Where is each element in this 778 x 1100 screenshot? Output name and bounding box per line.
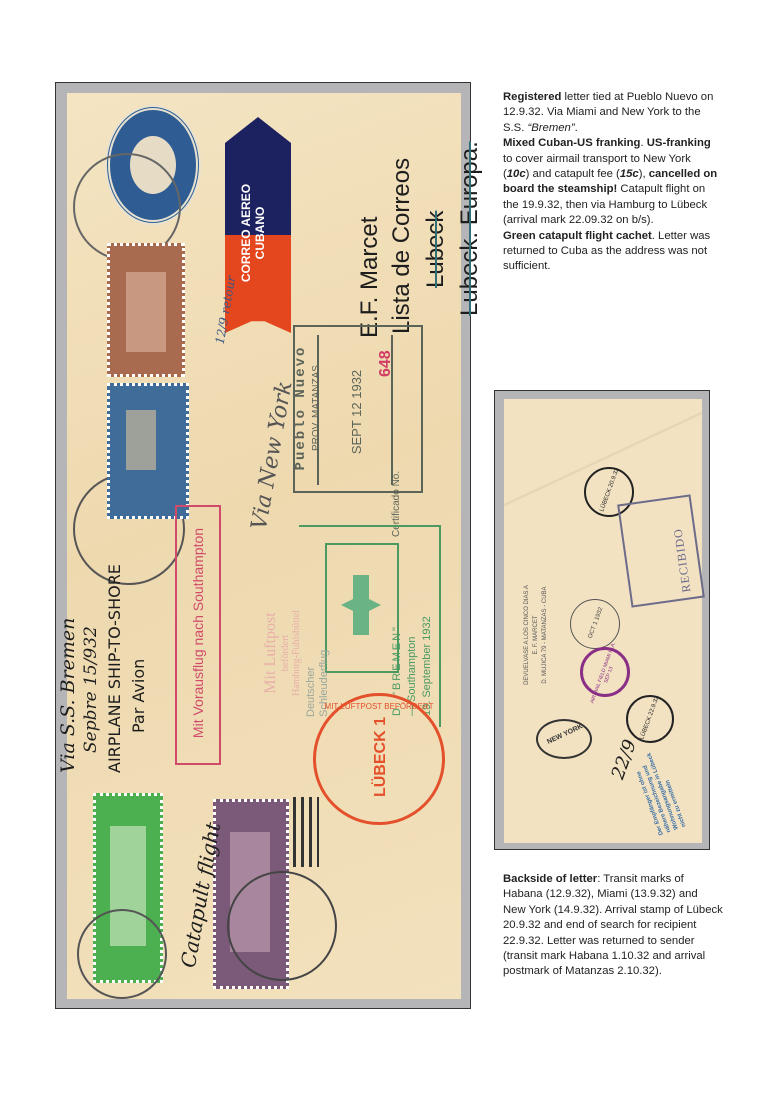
front-cover-frame: CORREO AEREO CUBANO E.F. Marcet Lista de… (55, 82, 471, 1009)
faded-line2: befördert (280, 578, 291, 728)
faded-line1: Mit Luftpost (262, 578, 280, 728)
desc-backside-text: : Transit marks of Habana (12.9.32), Mia… (503, 873, 723, 977)
address-line4: Lubeck. Europa. (456, 141, 484, 316)
miami-cancel: AIR MAIL FIELD MIAMI FLA. SEP 13 (580, 647, 630, 697)
ss-bremen-cancel-2 (77, 909, 167, 999)
miami-text: AIR MAIL FIELD MIAMI FLA. SEP 13 (588, 639, 623, 709)
registration-box: Pueblo Nuevo PROV. MATANZAS SEPT 12 1932… (293, 325, 423, 493)
desc-backside-label: Backside of letter (503, 873, 597, 885)
desc-p2-after: ), (639, 168, 649, 180)
luebeck-red-cancel: LÜBECK 1 MIT LUFTPOST BEFÖRDERT (313, 693, 445, 825)
german-note: Der Empfänger ist ohne nähere Bezeichnun… (621, 716, 706, 836)
sender-line3: D. MUJICA 79 - MATANZAS - CUBA (541, 560, 550, 710)
ss-bremen-cancel (227, 871, 337, 981)
address-block: E.F. Marcet Lista de Correos Lubeck Lube… (356, 88, 506, 348)
southampton-label: Mit Vorausflug nach Southampton (175, 505, 221, 765)
desc-mixed: Mixed Cuban-US franking (503, 137, 640, 149)
desc-p2-mid: ) and catapult fee ( (526, 168, 620, 180)
reg-cert-label: Certificado No. (391, 357, 402, 537)
recibido-box: RECIBIDO (617, 494, 705, 607)
reg-date: SEPT 12 1932 (349, 297, 364, 527)
via-bremen: Via S.S. Bremen (57, 618, 79, 773)
ship-to-shore: Airplane Ship-to-Shore (105, 564, 124, 773)
par-avion: Par Avion (129, 659, 148, 733)
address-line2: Lista de Correos (388, 158, 416, 334)
airplane-icon (341, 575, 381, 635)
green-line2: Schleuderflug (318, 607, 331, 717)
back-cover-frame: LÜBECK 20.9.32 RECIBIDO DEVUELVASE A LOS… (494, 390, 710, 850)
reg-town: Pueblo Nuevo (293, 293, 309, 523)
desc-green-cachet: Green catapult flight cachet (503, 230, 652, 242)
desc-p1-end: . (575, 122, 578, 134)
sender-line1: DEVUELVASE A LOS CINCO DIAS A (523, 560, 532, 710)
back-cover-envelope: LÜBECK 20.9.32 RECIBIDO DEVUELVASE A LOS… (504, 399, 702, 843)
air-label-line1: CORREO AEREO (239, 145, 253, 321)
green-route: — Southampton (405, 556, 420, 716)
sender-block: DEVUELVASE A LOS CINCO DIAS A E. F. MARC… (523, 560, 563, 710)
sender-line2: E. F. MARCET (532, 560, 541, 710)
newyork-cancel: NEW YORK (536, 719, 592, 759)
description-bottom: Backside of letter: Transit marks of Hab… (503, 872, 723, 980)
southampton-text: Mit Vorausflug nach Southampton (190, 508, 206, 758)
desc-bremen: “Bremen” (528, 122, 575, 134)
description-top: Registered letter tied at Pueblo Nuevo o… (503, 90, 718, 275)
habana-date: OCT 1 1932 (584, 597, 608, 650)
green-line1: Deutscher (305, 607, 318, 717)
cuba-10c-airmail-stamp (107, 383, 189, 519)
cancel-bars (293, 797, 319, 867)
desc-10c: 10c (507, 168, 526, 180)
recibido-text: RECIBIDO (667, 502, 694, 593)
air-label-line2: CUBANO (253, 145, 267, 321)
cuba-8c-stamp (107, 243, 185, 377)
via-new-york: Via New York (247, 379, 298, 532)
green-date: 19. September 1932 (420, 556, 435, 716)
handwriting-block: Via S.S. Bremen Sepbre 15/932 Airplane S… (57, 553, 157, 773)
sepbre-date: Sepbre 15/932 (81, 626, 101, 753)
reg-province: PROV. MATANZAS (311, 293, 322, 523)
reg-cert-number: 648 (377, 350, 395, 377)
desc-registered: Registered (503, 91, 561, 103)
red-cancel-ring: MIT LUFTPOST BEFÖRDERT (316, 702, 442, 711)
green-ship: D. "BREMEN" (390, 556, 405, 716)
desc-us-franking: US-franking (647, 137, 711, 149)
red-cancel-center: LÜBECK 1 (372, 702, 390, 812)
address-line3: Lubeck (422, 211, 450, 288)
front-cover-envelope: CORREO AEREO CUBANO E.F. Marcet Lista de… (67, 93, 461, 999)
desc-15c: 15c (620, 168, 639, 180)
newyork-text: NEW YORK (541, 721, 589, 748)
